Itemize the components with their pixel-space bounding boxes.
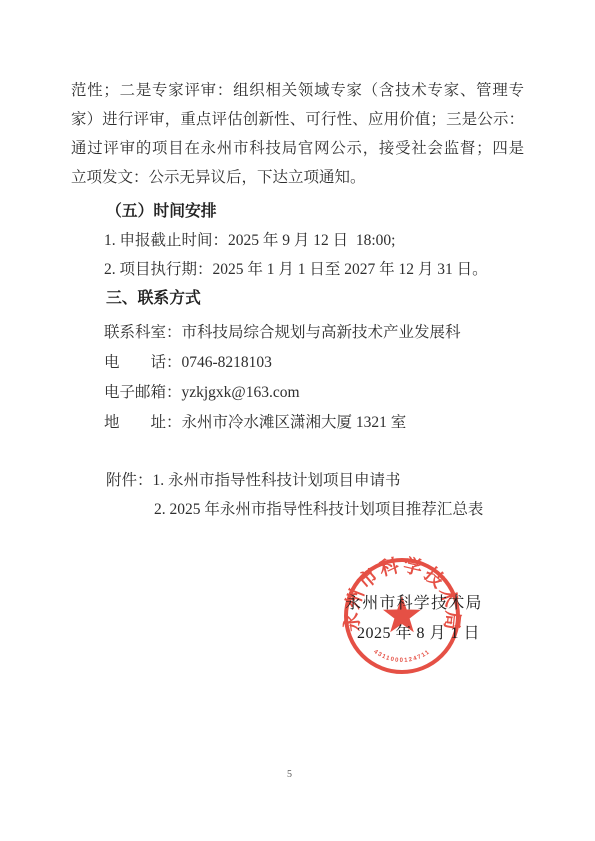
document-page: 范性；二是专家评审：组织相关领域专家（含技术专家、管理专 家）进行评审，重点评估… [0, 0, 595, 841]
time-item-duration: 2. 项目执行期：2025 年 1 月 1 日至 2027 年 12 月 31 … [71, 255, 524, 284]
issuing-authority: 永州市科学技术局 [345, 590, 483, 613]
issue-date: 2025 年 8 月 1 日 [357, 620, 480, 643]
page-number: 5 [287, 769, 292, 780]
attachment-line: 附件：1. 永州市指导性科技计划项目申请书 [71, 466, 524, 495]
contact-address: 地 址：永州市冷水滩区潇湘大厦 1321 室 [71, 408, 524, 438]
seal-code: 4311000124711 [372, 649, 431, 664]
attachment-item: 2. 2025 年永州市指导性科技计划项目推荐汇总表 [71, 495, 524, 524]
attachments-block: 附件：1. 永州市指导性科技计划项目申请书 2. 2025 年永州市指导性科技计… [71, 466, 524, 524]
attachment-item: 1. 永州市指导性科技计划项目申请书 [153, 472, 401, 489]
time-arrangement-section: （五）时间安排 1. 申报截止时间：2025 年 9 月 12 日 18:00;… [71, 197, 524, 313]
paragraph-line: 立项发文：公示无异议后，下达立项通知。 [71, 163, 524, 192]
section-heading-time: （五）时间安排 [71, 197, 524, 226]
time-item-deadline: 1. 申报截止时间：2025 年 9 月 12 日 18:00; [71, 226, 524, 255]
contact-email: 电子邮箱：yzkjgxk@163.com [71, 378, 524, 408]
contact-info-block: 联系科室：市科技局综合规划与高新技术产业发展科 电 话：0746-8218103… [71, 318, 524, 438]
paragraph-line: 家）进行评审，重点评估创新性、可行性、应用价值；三是公示： [71, 105, 524, 134]
paragraph-line: 范性；二是专家评审：组织相关领域专家（含技术专家、管理专 [71, 76, 524, 105]
attachments-label: 附件： [106, 472, 153, 489]
contact-phone: 电 话：0746-8218103 [71, 348, 524, 378]
contact-department: 联系科室：市科技局综合规划与高新技术产业发展科 [71, 318, 524, 348]
paragraph-line: 通过评审的项目在永州市科技局官网公示，接受社会监督；四是 [71, 134, 524, 163]
official-seal: 永州市科学技术局 4311000124711 [332, 546, 472, 686]
paragraph-continuation: 范性；二是专家评审：组织相关领域专家（含技术专家、管理专 家）进行评审，重点评估… [71, 76, 524, 192]
section-heading-contact: 三、联系方式 [71, 284, 524, 313]
